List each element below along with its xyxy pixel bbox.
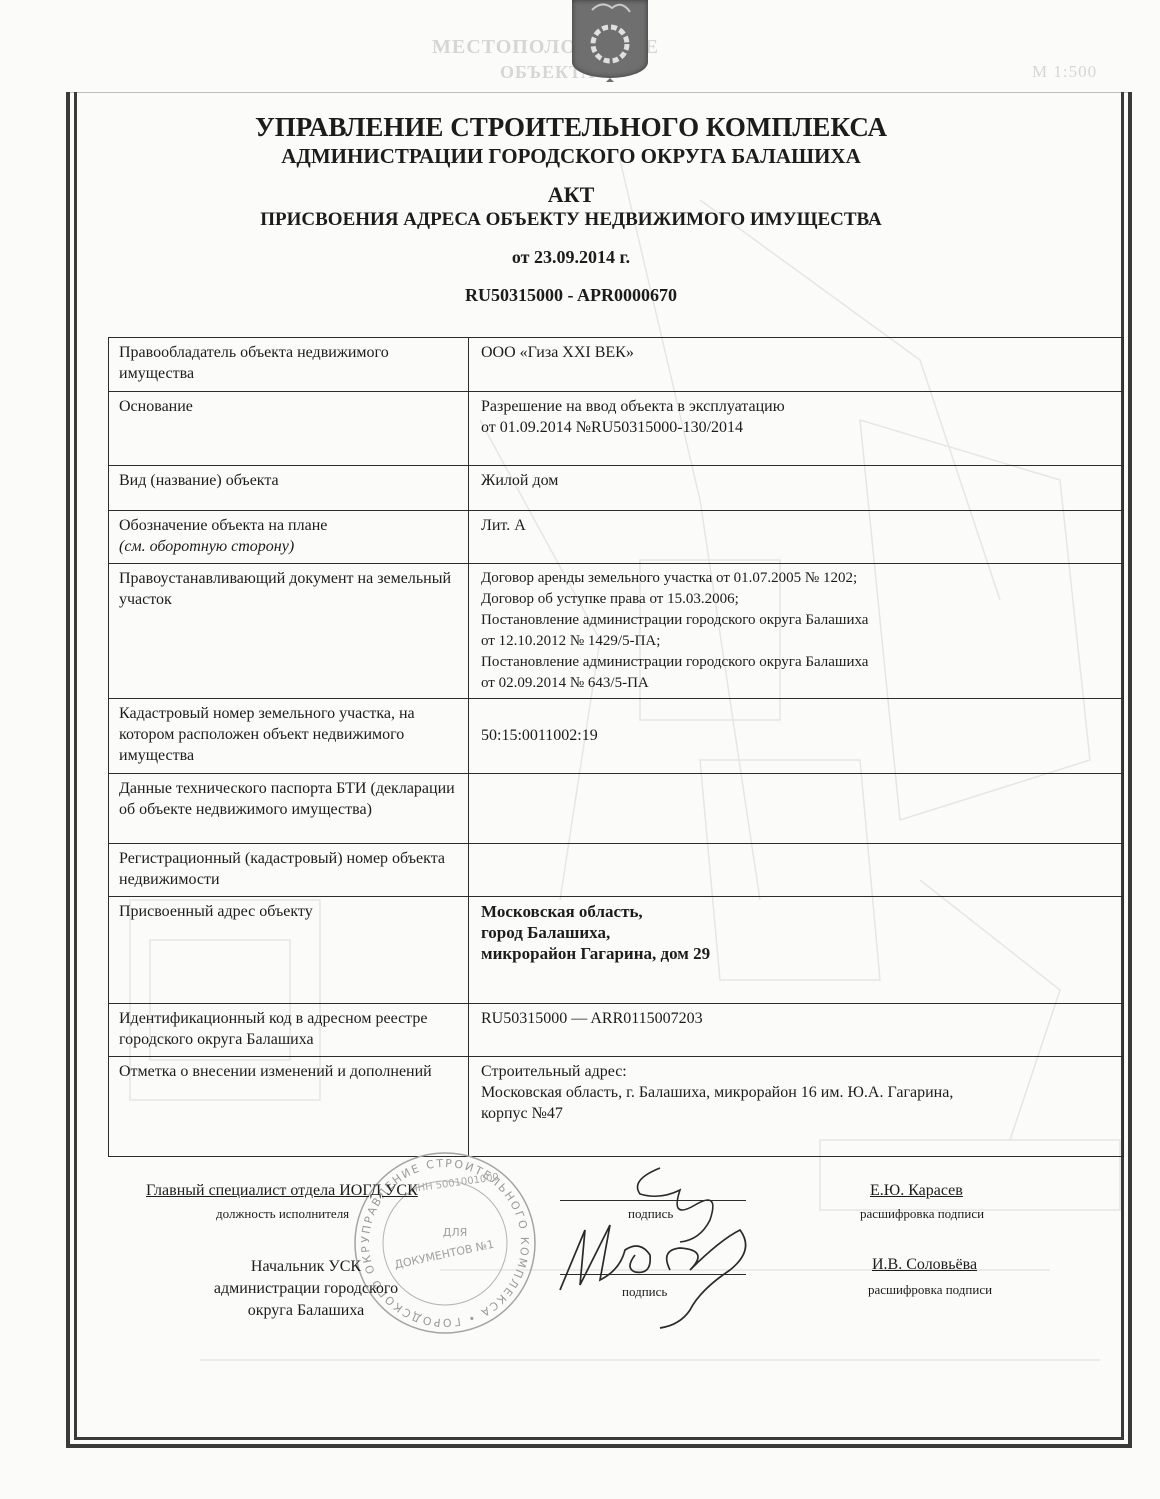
ghost-scale: М 1:500 bbox=[1032, 62, 1097, 82]
row-label: Данные технического паспорта БТИ (деклар… bbox=[109, 774, 469, 844]
value-line: Московская область, bbox=[481, 901, 1113, 922]
stamp-center-line1: ДЛЯ bbox=[443, 1226, 468, 1239]
row-label: Вид (название) объекта bbox=[109, 466, 469, 511]
handwritten-signature-2 bbox=[540, 1200, 770, 1335]
act-details-table: Правообладатель объекта недвижимого имущ… bbox=[108, 337, 1124, 1157]
row-label: Регистрационный (кадастровый) номер объе… bbox=[109, 844, 469, 897]
executor-name: Е.Ю. Карасев bbox=[870, 1182, 963, 1200]
row-value: ООО «Гиза XXI ВЕК» bbox=[469, 338, 1124, 392]
position-line: округа Балашиха bbox=[176, 1300, 436, 1322]
label-line: Обозначение объекта на плане bbox=[119, 515, 458, 536]
stamp-inn: ИНН 5001001000 bbox=[410, 1172, 500, 1195]
row-value: Разрешение на ввод объекта в эксплуатаци… bbox=[469, 392, 1124, 466]
row-value: RU50315000 — ARR0115007203 bbox=[469, 1004, 1124, 1057]
table-row: Регистрационный (кадастровый) номер объе… bbox=[109, 844, 1124, 897]
head-name: И.В. Соловьёва bbox=[872, 1256, 977, 1274]
table-row: Присвоенный адрес объекту Московская обл… bbox=[109, 897, 1124, 1004]
executor-position: Главный специалист отдела ИОГД УСК bbox=[146, 1182, 418, 1200]
row-label: Обозначение объекта на плане (см. оборот… bbox=[109, 511, 469, 564]
assigned-address: Московская область, город Балашиха, микр… bbox=[469, 897, 1124, 1004]
value-line: Договор аренды земельного участка от 01.… bbox=[481, 568, 1113, 589]
table-row: Основание Разрешение на ввод объекта в э… bbox=[109, 392, 1124, 466]
label-note: (см. оборотную сторону) bbox=[119, 536, 458, 557]
value-line: город Балашиха, bbox=[481, 922, 1113, 943]
value-line: Разрешение на ввод объекта в эксплуатаци… bbox=[481, 396, 1113, 417]
table-row: Правоустанавливающий документ на земельн… bbox=[109, 564, 1124, 699]
org-subtitle: АДМИНИСТРАЦИИ ГОРОДСКОГО ОКРУГА БАЛАШИХА bbox=[0, 142, 1160, 170]
head-name-caption: расшифровка подписи bbox=[868, 1282, 992, 1298]
act-title: АКТ bbox=[0, 182, 1160, 208]
org-title: УПРАВЛЕНИЕ СТРОИТЕЛЬНОГО КОМПЛЕКСА bbox=[0, 112, 1160, 142]
row-value: Лит. А bbox=[469, 511, 1124, 564]
executor-name-caption: расшифровка подписи bbox=[860, 1206, 984, 1222]
act-date: от 23.09.2014 г. bbox=[0, 246, 1160, 268]
row-label: Отметка о внесении изменений и дополнени… bbox=[109, 1057, 469, 1157]
row-label: Правоустанавливающий документ на земельн… bbox=[109, 564, 469, 699]
row-label: Основание bbox=[109, 392, 469, 466]
act-subtitle: ПРИСВОЕНИЯ АДРЕСА ОБЪЕКТУ НЕДВИЖИМОГО ИМ… bbox=[0, 208, 1160, 232]
executor-position-caption: должность исполнителя bbox=[216, 1206, 349, 1222]
coat-of-arms-emblem bbox=[572, 0, 648, 78]
row-value bbox=[469, 774, 1124, 844]
value-line: от 01.09.2014 №RU50315000-130/2014 bbox=[481, 417, 1113, 438]
row-label: Присвоенный адрес объекту bbox=[109, 897, 469, 1004]
head-position: Начальник УСК администрации городского о… bbox=[176, 1256, 436, 1322]
row-label: Идентификационный код в адресном реестре… bbox=[109, 1004, 469, 1057]
table-row: Кадастровый номер земельного участка, на… bbox=[109, 699, 1124, 774]
table-row: Правообладатель объекта недвижимого имущ… bbox=[109, 338, 1124, 392]
value-line: Постановление администрации городского о… bbox=[481, 652, 1113, 673]
value-line: Договор об уступке права от 15.03.2006; bbox=[481, 589, 1113, 610]
position-line: Начальник УСК bbox=[176, 1256, 436, 1278]
row-value: Договор аренды земельного участка от 01.… bbox=[469, 564, 1124, 699]
value-line: Постановление администрации городского о… bbox=[481, 610, 1113, 631]
act-number: RU50315000 - APR0000670 bbox=[0, 284, 1160, 306]
value-line: от 12.10.2012 № 1429/5-ПА; bbox=[481, 631, 1113, 652]
table-row: Вид (название) объекта Жилой дом bbox=[109, 466, 1124, 511]
value-line: Строительный адрес: bbox=[481, 1061, 1113, 1082]
value-line: микрорайон Гагарина, дом 29 bbox=[481, 943, 1113, 964]
document-header: УПРАВЛЕНИЕ СТРОИТЕЛЬНОГО КОМПЛЕКСА АДМИН… bbox=[0, 112, 1160, 306]
row-value: Жилой дом bbox=[469, 466, 1124, 511]
value-line: от 02.09.2014 № 643/5-ПА bbox=[481, 673, 1113, 694]
row-value bbox=[469, 844, 1124, 897]
table-row: Данные технического паспорта БТИ (деклар… bbox=[109, 774, 1124, 844]
value-line: корпус №47 bbox=[481, 1103, 1113, 1124]
value-line: Московская область, г. Балашиха, микрора… bbox=[481, 1082, 1113, 1103]
row-value: 50:15:0011002:19 bbox=[469, 699, 1124, 774]
row-label: Правообладатель объекта недвижимого имущ… bbox=[109, 338, 469, 392]
table-row: Отметка о внесении изменений и дополнени… bbox=[109, 1057, 1124, 1157]
row-label: Кадастровый номер земельного участка, на… bbox=[109, 699, 469, 774]
table-row: Идентификационный код в адресном реестре… bbox=[109, 1004, 1124, 1057]
position-line: администрации городского bbox=[176, 1278, 436, 1300]
row-value: Строительный адрес: Московская область, … bbox=[469, 1057, 1124, 1157]
table-row: Обозначение объекта на плане (см. оборот… bbox=[109, 511, 1124, 564]
